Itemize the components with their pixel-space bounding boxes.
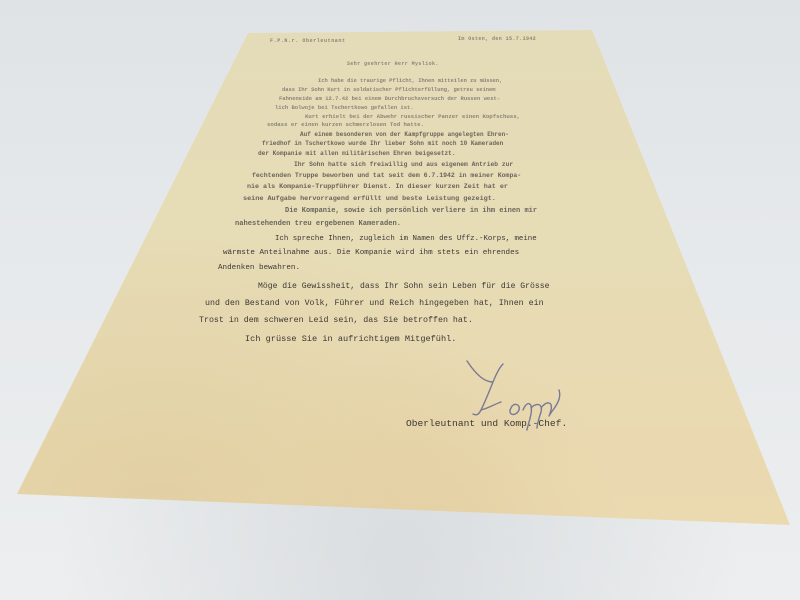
letter-line: der Kompanie mit allen militärischen Ehr… (258, 150, 455, 157)
letter-line: Trost in dem schweren Leid sein, das Sie… (199, 316, 473, 325)
letter-line: nahestehenden treu ergebenen Kameraden. (235, 220, 401, 228)
salutation: Sehr geehrter Herr Mysliok. (347, 61, 439, 67)
letter-line: Die Kompanie, sowie ich persönlich verli… (285, 207, 537, 215)
letter-line: Kurt erhielt bei der Abwehr russischer P… (305, 113, 520, 120)
letter-line: Ich spreche Ihnen, zugleich im Namen des… (275, 235, 537, 243)
letter-line: Möge die Gewissheit, dass Ihr Sohn sein … (258, 282, 549, 291)
letter-line: Auf einem besonderen von der Kampfgruppe… (300, 131, 509, 138)
letter-line: Ich habe die traurige Pflicht, Ihnen mit… (318, 78, 502, 84)
closing-title: Oberleutnant und Komp.-Chef. (406, 418, 567, 429)
letter-line: Fahneneide am 12.7.42 bei einem Durchbru… (279, 95, 500, 102)
letter-line: dass Ihr Sohn Kurt in soldatischer Pflic… (282, 87, 496, 93)
letter-line: und den Bestand von Volk, Führer und Rei… (205, 299, 544, 308)
letter-line: Ich grüsse Sie in aufrichtigem Mitgefühl… (245, 334, 456, 344)
letter-line: sodass er einen kurzen schmerzlosen Tod … (267, 121, 424, 128)
letter-line: lich Bolwoje bei Tschertkowo gefallen is… (275, 104, 414, 111)
letter-line: seine Aufgabe hervorragend erfüllt und b… (243, 195, 496, 203)
letter-line: fechtenden Truppe beworben und tat seit … (252, 172, 521, 179)
header-unit-line: F.P.N.r. Oberleutnant (270, 38, 346, 44)
letter-line: friedhof in Tschertkowo wurde Ihr lieber… (262, 140, 503, 147)
header-place-date: Im Osten, den 15.7.1942 (458, 36, 536, 42)
letter-line: nie als Kompanie-Truppführer Dienst. In … (247, 183, 508, 191)
letter-line: Ihr Sohn hatte sich freiwillig und aus e… (294, 161, 513, 168)
letter-line: wärmste Anteilnahme aus. Die Kompanie wi… (223, 249, 519, 257)
letter-line: Andenken bewahren. (218, 264, 300, 272)
